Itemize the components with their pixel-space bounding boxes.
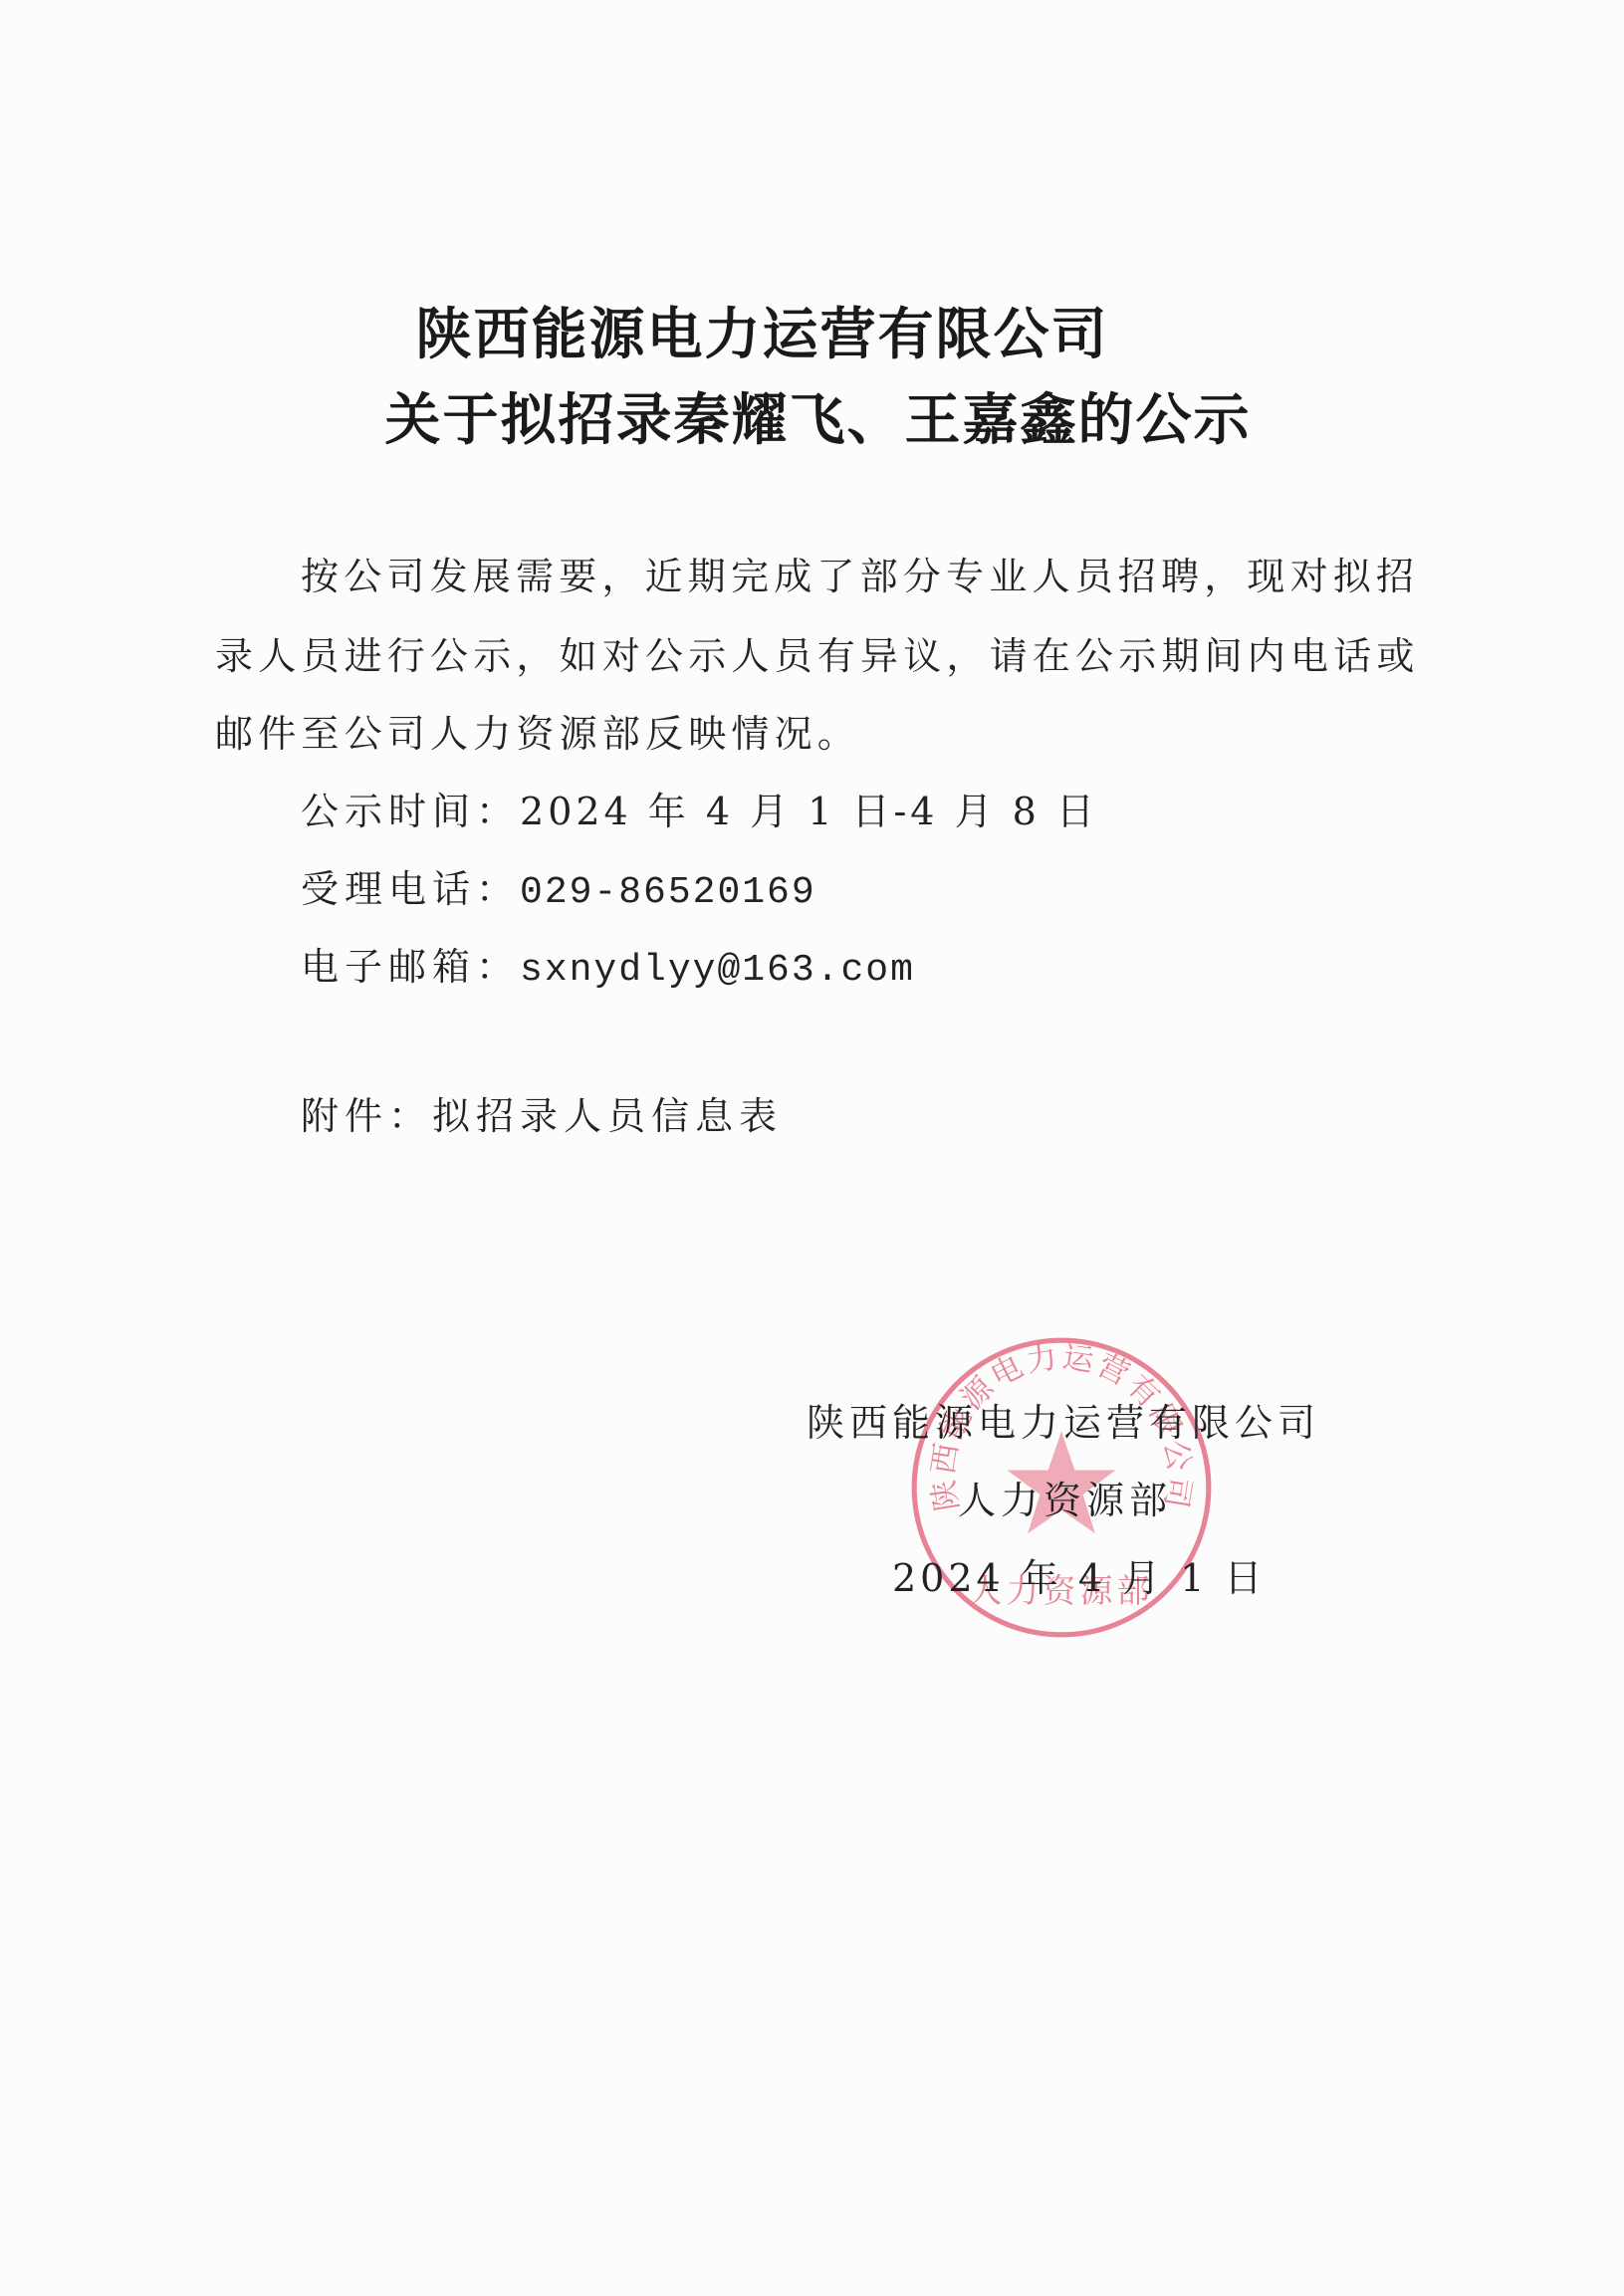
- publicity-period: 公示时间：2024 年 4 月 1 日-4 月 8 日: [301, 781, 1098, 835]
- publicity-period-label: 公示时间：: [301, 790, 520, 833]
- publicity-period-value: 2024 年 4 月 1 日-4 月 8 日: [520, 790, 1098, 833]
- document-title-line2: 关于拟招录秦耀飞、王嘉鑫的公示: [6, 376, 1624, 456]
- body-paragraph-line2: 录人员进行公示，如对公示人员有异议，请在公示期间内电话或: [215, 625, 1420, 680]
- attachment: 附件：拟招录人员信息表: [301, 1085, 783, 1140]
- contact-email-value: sxnydlyy@163.com: [520, 949, 915, 992]
- signature-department: 人力资源部: [958, 1470, 1172, 1524]
- contact-email-label: 电子邮箱：: [301, 945, 520, 989]
- document-title-line1: 陕西能源电力运营有限公司: [0, 291, 1574, 370]
- contact-phone-value: 029-86520169: [520, 871, 816, 914]
- signature-company: 陕西能源电力运营有限公司: [807, 1392, 1320, 1447]
- contact-email: 电子邮箱：sxnydlyy@163.com: [301, 936, 915, 992]
- body-paragraph-line3: 邮件至公司人力资源部反映情况。: [215, 703, 860, 758]
- contact-phone: 受理电话：029-86520169: [301, 858, 816, 914]
- attachment-value: 拟招录人员信息表: [432, 1094, 783, 1138]
- signature-date: 2024 年 4 月 1 日: [892, 1547, 1266, 1602]
- body-paragraph-line1: 按公司发展需要，近期完成了部分专业人员招聘，现对拟招: [301, 546, 1419, 600]
- document-page: 陕西能源电力运营有限公司 关于拟招录秦耀飞、王嘉鑫的公示 按公司发展需要，近期完…: [0, 0, 1624, 2296]
- contact-phone-label: 受理电话：: [301, 867, 520, 911]
- attachment-label: 附件：: [301, 1094, 432, 1138]
